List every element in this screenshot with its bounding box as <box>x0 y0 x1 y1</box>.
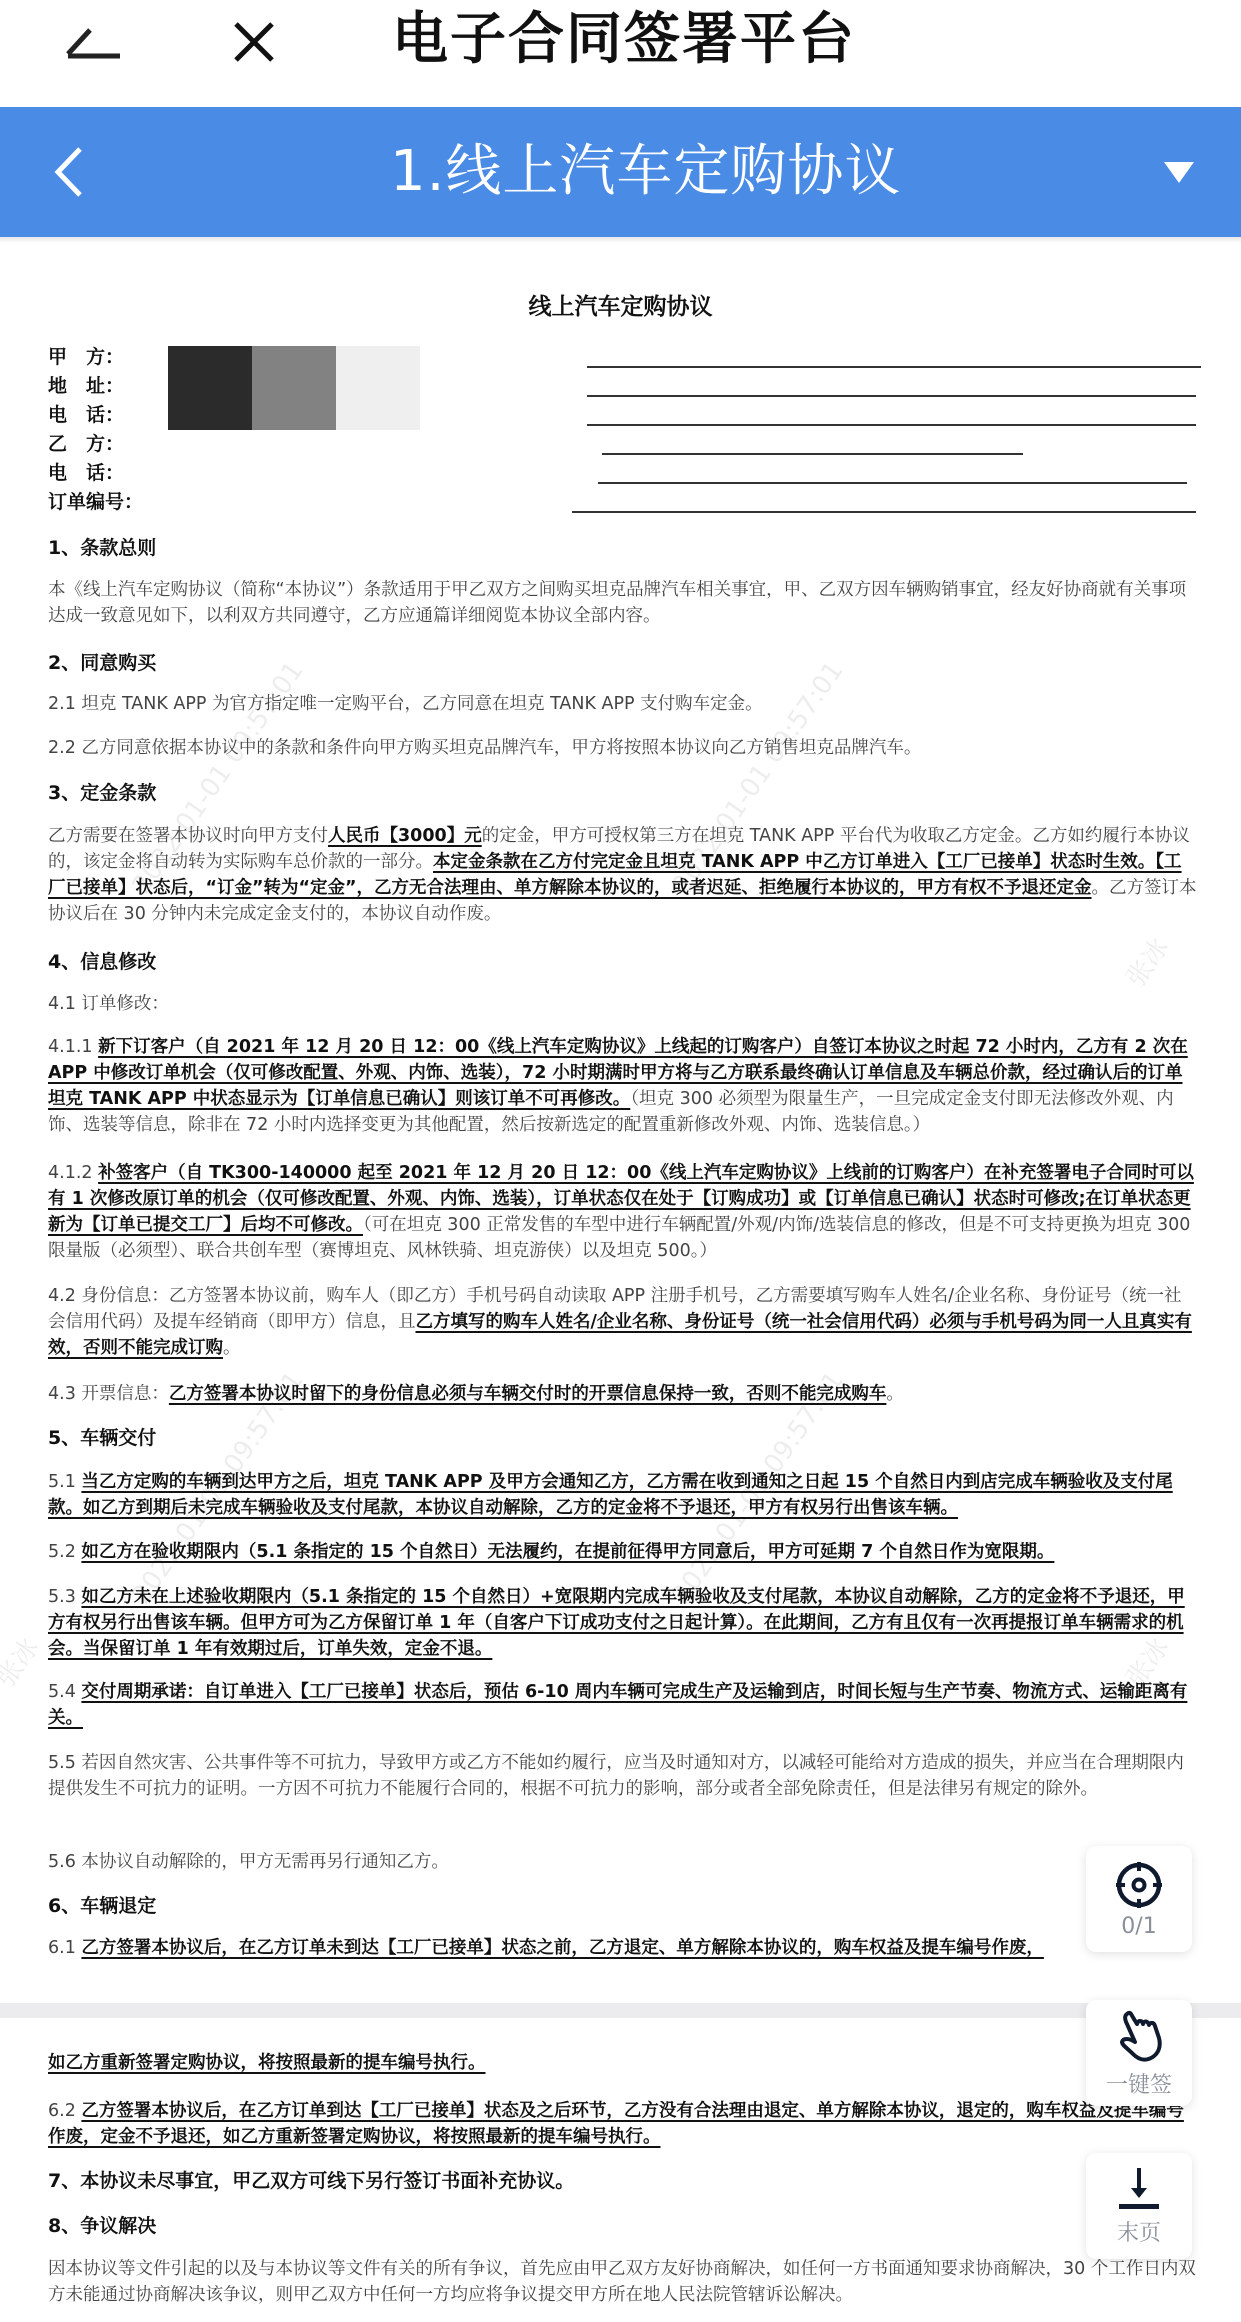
arrow-down-to-line-icon <box>1117 2166 1161 2212</box>
back-button[interactable] <box>48 145 88 199</box>
last-page-label: 末页 <box>1117 2216 1161 2247</box>
clause-4-1-2: 4.1.2 补签客户（自 TK300-140000 起至 2021 年 12 月… <box>48 1160 1198 1264</box>
locate-signature-button[interactable]: 0/1 <box>1086 1846 1192 1952</box>
document-heading: 线上汽车定购协议 <box>0 288 1241 321</box>
watermark: 张冰 <box>0 1630 46 1694</box>
document-dropdown-button[interactable] <box>1162 159 1196 185</box>
document-page-2: 如乙方重新签署定购协议，将按照最新的提车编号执行。 6.2 乙方签署本协议后，在… <box>0 2018 1241 2322</box>
party-a-line <box>587 366 1201 368</box>
triangle-down-icon <box>1162 159 1196 185</box>
clause-6-1: 6.1 乙方签署本协议后，在乙方订单未到达【工厂已接单】状态之前，乙方退定、单方… <box>48 1935 1198 1961</box>
close-icon <box>226 14 282 70</box>
minimize-icon <box>60 24 124 64</box>
section-7-title: 7、本协议未尽事宜，甲乙双方可线下另行签订书面补充协议。 <box>48 2166 574 2193</box>
party-info: 甲 方： 地 址： 电 话： 乙 方： 电 话： 订单编号： <box>48 343 143 517</box>
section-5-title: 5、车辆交付 <box>48 1423 156 1450</box>
clause-5-3: 5.3 如乙方未在上述验收期限内（5.1 条指定的 15 个自然日）+宽限期内完… <box>48 1584 1198 1662</box>
address-label: 地 址： <box>48 372 143 401</box>
close-button[interactable] <box>226 14 282 70</box>
one-click-sign-button[interactable]: 一键签 <box>1086 2000 1192 2106</box>
chevron-left-icon <box>48 145 88 199</box>
page-separator <box>0 2003 1241 2018</box>
section-8-paragraph: 因本协议等文件引起的以及与本协议等文件有关的所有争议，首先应由甲乙双方友好协商解… <box>48 2256 1198 2308</box>
last-page-button[interactable]: 末页 <box>1086 2153 1192 2259</box>
clause-2-1: 2.1 坦克 TANK APP 为官方指定唯一定购平台，乙方同意在坦克 TANK… <box>48 691 1198 717</box>
document-header: 1.线上汽车定购协议 <box>0 107 1241 237</box>
signature-progress: 0/1 <box>1121 1914 1156 1939</box>
app-bar: 电子合同签署平台 <box>0 0 1241 107</box>
party-a-label: 甲 方： <box>48 343 143 372</box>
document-title[interactable]: 1.线上汽车定购协议 <box>390 137 901 207</box>
section-3-title: 3、定金条款 <box>48 778 156 805</box>
clause-4-1: 4.1 订单修改： <box>48 991 1198 1017</box>
redacted-block <box>168 346 420 430</box>
section-1-paragraph: 本《线上汽车定购协议（简称“本协议”）条款适用于甲乙双方之间购买坦克品牌汽车相关… <box>48 577 1198 629</box>
address-line <box>587 395 1196 397</box>
clause-5-1: 5.1 当乙方定购的车辆到达甲方之后，坦克 TANK APP 及甲方会通知乙方，… <box>48 1469 1198 1521</box>
crosshair-icon <box>1114 1860 1164 1910</box>
minimize-button[interactable] <box>60 24 124 64</box>
order-number-label: 订单编号： <box>48 488 143 517</box>
order-number-line <box>572 511 1196 513</box>
party-b-line <box>602 453 1023 455</box>
one-click-sign-label: 一键签 <box>1106 2068 1172 2099</box>
clause-6-1-continued: 如乙方重新签署定购协议，将按照最新的提车编号执行。 <box>48 2050 1198 2076</box>
clause-4-2: 4.2 身份信息：乙方签署本协议前，购车人（即乙方）手机号码自动读取 APP 注… <box>48 1283 1198 1361</box>
clause-6-2: 6.2 乙方签署本协议后，在乙方订单到达【工厂已接单】状态及之后环节，乙方没有合… <box>48 2098 1198 2150</box>
clause-5-6: 5.6 本协议自动解除的，甲方无需再另行通知乙方。 <box>48 1849 1198 1875</box>
watermark: 张冰 <box>1116 930 1176 994</box>
clause-5-2: 5.2 如乙方在验收期限内（5.1 条指定的 15 个自然日）无法履约，在提前征… <box>48 1539 1198 1565</box>
section-4-title: 4、信息修改 <box>48 947 156 974</box>
section-2-title: 2、同意购买 <box>48 648 156 675</box>
clause-4-1-1: 4.1.1 新下订客户（自 2021 年 12 月 20 日 12：00《线上汽… <box>48 1034 1198 1138</box>
phone-b-line <box>598 482 1187 484</box>
clause-5-4: 5.4 交付周期承诺：自订单进入【工厂已接单】状态后，预估 6-10 周内车辆可… <box>48 1679 1198 1731</box>
party-b-label: 乙 方： <box>48 430 143 459</box>
phone-a-line <box>587 424 1196 426</box>
app-title: 电子合同签署平台 <box>392 4 856 76</box>
document-page: 2022-01-01 09:57:01 2022-01-01 09:57:01 … <box>0 243 1241 2003</box>
clause-5-5: 5.5 若因自然灾害、公共事件等不可抗力，导致甲方或乙方不能如约履行，应当及时通… <box>48 1750 1198 1802</box>
section-6-title: 6、车辆退定 <box>48 1891 156 1918</box>
clause-2-2: 2.2 乙方同意依据本协议中的条款和条件向甲方购买坦克品牌汽车，甲方将按照本协议… <box>48 735 1198 761</box>
section-8-title: 8、争议解决 <box>48 2211 156 2238</box>
phone-a-label: 电 话： <box>48 401 143 430</box>
section-3-paragraph: 乙方需要在签署本协议时向甲方支付人民币【3000】元的定金，甲方可授权第三方在坦… <box>48 823 1198 927</box>
hand-pointer-icon <box>1113 2008 1165 2064</box>
section-1-title: 1、条款总则 <box>48 533 156 560</box>
phone-b-label: 电 话： <box>48 459 143 488</box>
clause-4-3: 4.3 开票信息：乙方签署本协议时留下的身份信息必须与车辆交付时的开票信息保持一… <box>48 1381 1198 1407</box>
